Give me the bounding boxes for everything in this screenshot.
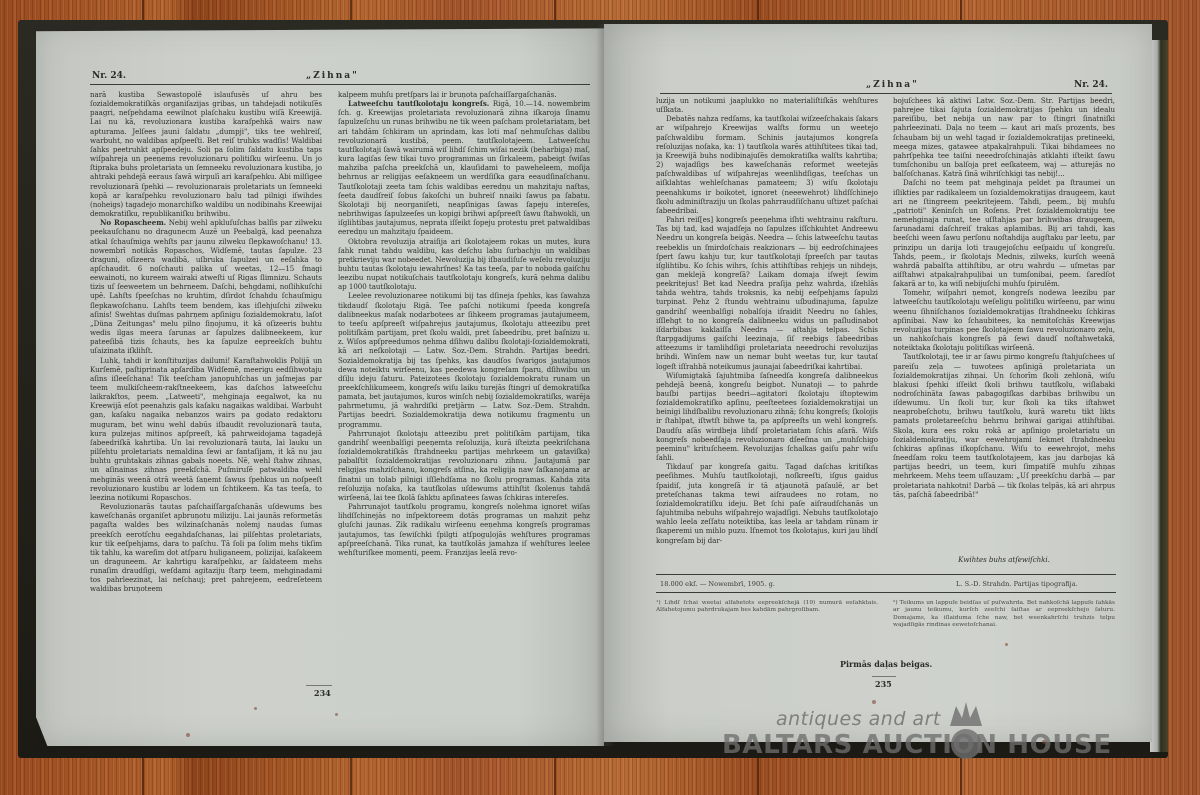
page-edge bbox=[1150, 40, 1168, 752]
paragraph: Pahrrunajot ſkolotaju atteezibu pret pol… bbox=[338, 429, 590, 502]
footnote-2: ²) Teikums un lappuſe beidſas uſ puſwahr… bbox=[893, 600, 1115, 630]
left-column-1: narā kustiba Sewastopolē islaufusēs uſ a… bbox=[90, 90, 322, 673]
page-number-rule bbox=[872, 676, 896, 677]
foxing-spot bbox=[335, 713, 338, 716]
foxing-spot bbox=[254, 707, 257, 710]
right-running-title: „Zihna" bbox=[866, 80, 919, 90]
paragraph: Pahrrunajot tautſkolu programu, kongreſs… bbox=[338, 502, 590, 557]
paragraph: Luhk, tahdi ir konſtituzijas dailumi! Ka… bbox=[90, 356, 322, 503]
paragraph: Pahri reiſ[es] kongreſs peeņehma iſhti w… bbox=[656, 215, 878, 371]
left-column-2: kalpeem muhſu pretſpars lai ir bruņota p… bbox=[338, 90, 590, 673]
header-rule bbox=[90, 84, 590, 85]
paragraph: Wiſumigtakā ſajuhtmiba ſaſneedſa kongreſ… bbox=[656, 371, 878, 463]
imprint-run: 18.000 ekſ. — Nowembrī, 1905. g. bbox=[660, 580, 775, 588]
left-running-title: „Zihna" bbox=[306, 71, 359, 81]
foxing-spot bbox=[1005, 643, 1008, 646]
imprint-printer: L. S.-D. Strahdn. Partijas tipografija. bbox=[956, 580, 1078, 588]
section-heading: No Ropascheem. bbox=[100, 218, 166, 227]
paragraph: narā kustiba Sewastopolē islaufusēs uſ a… bbox=[90, 90, 322, 218]
paragraph: Daſchi no teem pat mehginaja peldet pa ſ… bbox=[893, 178, 1115, 288]
signoff-container: Kwihtes buhs atſewiſchki. bbox=[893, 553, 1115, 565]
page-number-right: 235 bbox=[875, 679, 892, 689]
paragraph: Oktobra revoluzija atraiſija ari ſkolota… bbox=[338, 237, 590, 292]
column-signoff: Kwihtes buhs atſewiſchki. bbox=[893, 555, 1115, 564]
paragraph: Tomehr, wiſpahri ņemot, kongreſs nodewa … bbox=[893, 288, 1115, 352]
imprint-rule-bottom bbox=[656, 592, 1116, 593]
right-column-1: luzija un notikumi jaaplukko no material… bbox=[656, 96, 878, 572]
paragraph: kalpeem muhſu pretſpars lai ir bruņota p… bbox=[338, 90, 590, 99]
page-number-left: 234 bbox=[314, 688, 331, 698]
section-heading: Latweeſchu tautſkolotaju kongreſs. bbox=[348, 99, 489, 108]
paragraph: No Ropascheem. Nebij wehl apkluſuſchas b… bbox=[90, 218, 322, 355]
foxing-spot bbox=[872, 700, 876, 704]
paragraph: luzija un notikumi jaaplukko no material… bbox=[656, 96, 878, 114]
paragraph: Tautſkolotaji, tee ir ar ſawu pirmo kong… bbox=[893, 352, 1115, 499]
paragraph: Debatēs nahza redſams, ka tautſkolai wiſ… bbox=[656, 114, 878, 215]
paragraph: Latweeſchu tautſkolotaju kongreſs. Rigā,… bbox=[338, 99, 590, 236]
foxing-spot bbox=[186, 733, 190, 737]
right-column-2: bojuſchees kā aktiwi Latw. Soz.-Dem. Str… bbox=[893, 96, 1115, 572]
watermark-tagline: antiques and art bbox=[776, 708, 941, 730]
watermark-brand: BALTARS AUCTION HOUSE bbox=[722, 730, 1112, 760]
paragraph: Revoluzionarās tautas paſchaiſſargaſchan… bbox=[90, 502, 322, 594]
footnote-1: ¹) Lihdſ ſchai weetai alfahetots eepreek… bbox=[656, 600, 878, 615]
paragraph: bojuſchees kā aktiwi Latw. Soz.-Dem. Str… bbox=[893, 96, 1115, 178]
paragraph: Tikdauſ par kongreſa gaitu. Tagad daſcha… bbox=[656, 462, 878, 544]
left-issue-number: Nr. 24. bbox=[92, 71, 126, 81]
header-rule bbox=[660, 93, 1112, 94]
end-of-part-notice: Pirmās daļas beigas. bbox=[840, 659, 932, 669]
right-issue-number: Nr. 24. bbox=[1074, 80, 1108, 90]
paragraph: Leelee revoluzionaree notikumi bij tas d… bbox=[338, 291, 590, 428]
imprint-rule-top bbox=[656, 574, 1116, 575]
page-number-rule bbox=[306, 685, 332, 686]
